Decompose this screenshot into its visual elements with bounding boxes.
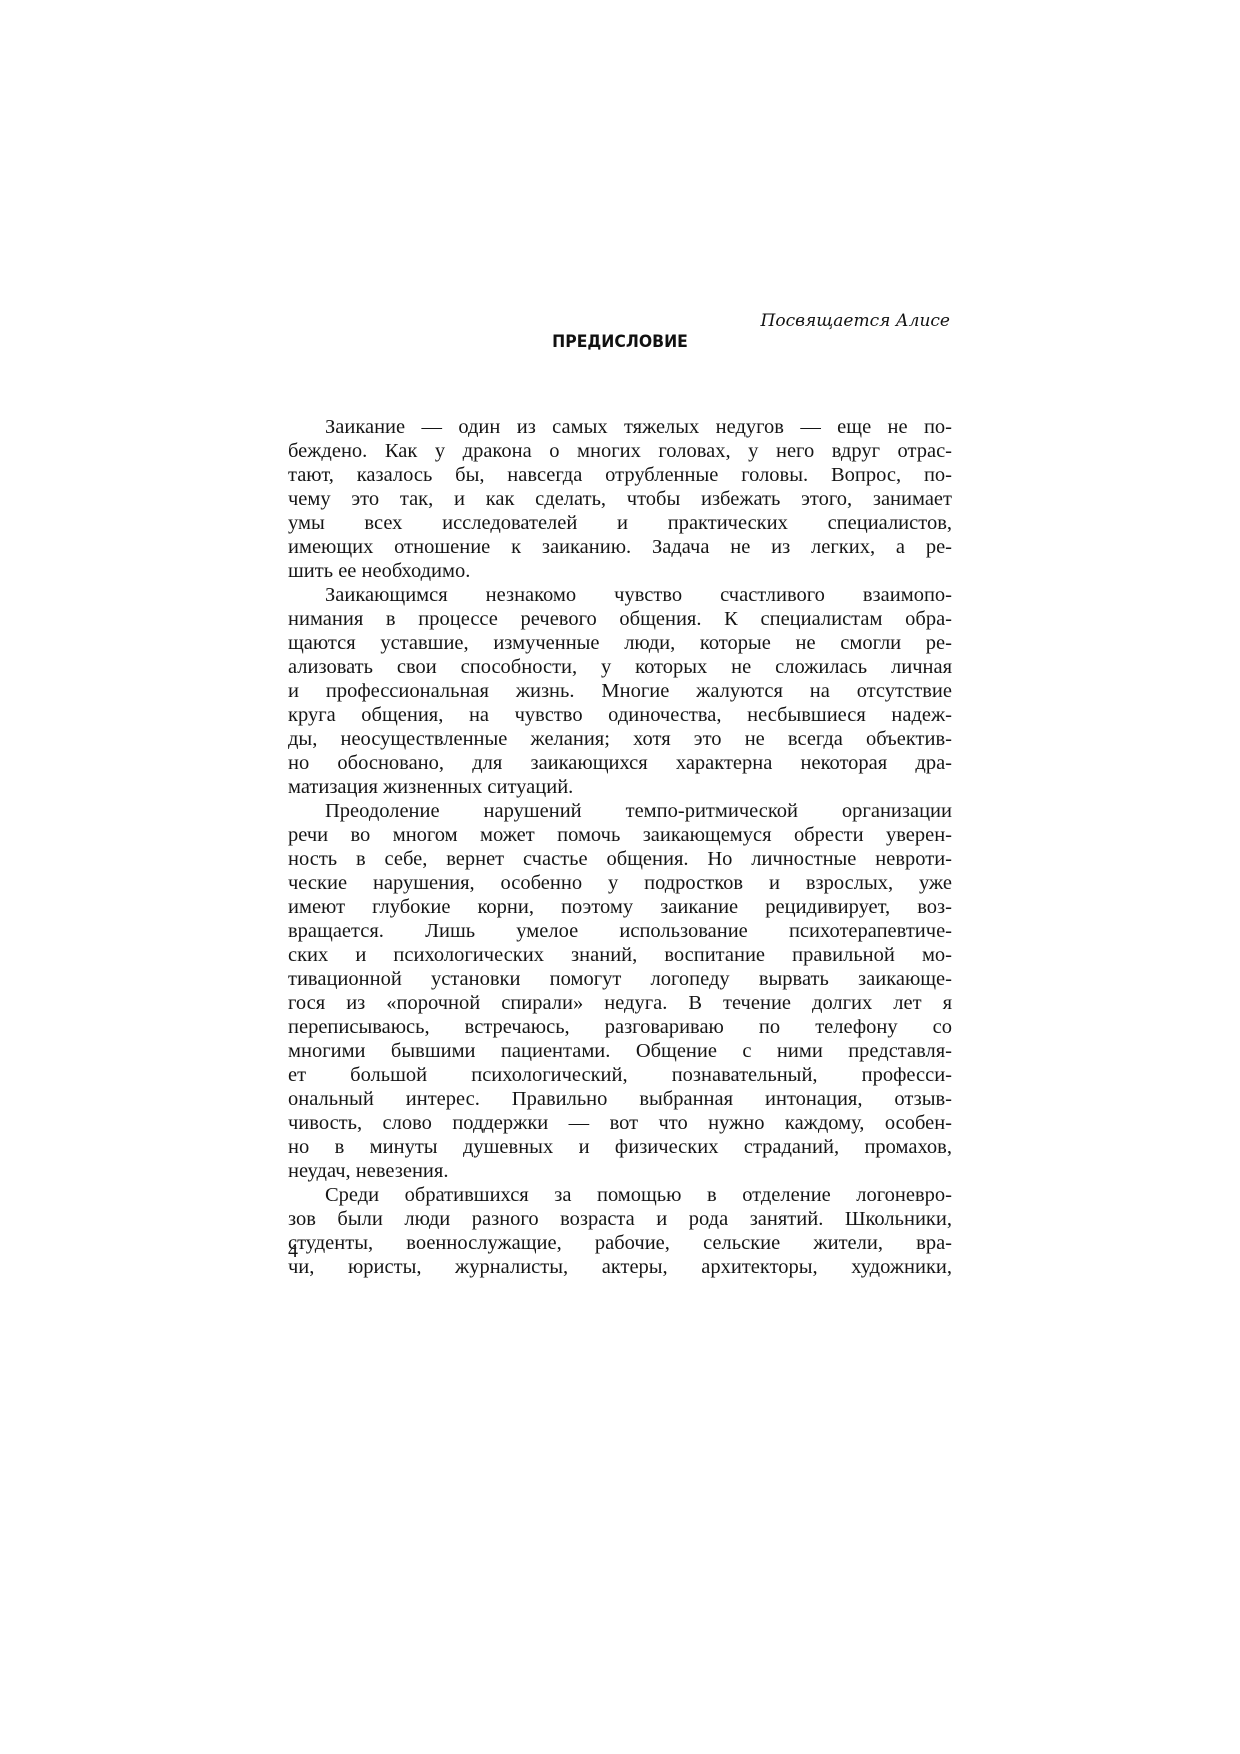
text-line: имеют глубокие корни, поэтому заикание р…: [288, 895, 952, 919]
text-line: но в минуты душевных и физических страда…: [288, 1135, 952, 1159]
dedication: Посвящается Алисе: [761, 311, 950, 331]
chapter-heading: ПРЕДИСЛОВИЕ: [50, 332, 1191, 352]
text-line: студенты, военнослужащие, рабочие, сельс…: [288, 1231, 952, 1255]
text-line: нимания в процессе речевого общения. К с…: [288, 607, 952, 631]
text-line: и профессиональная жизнь. Многие жалуютс…: [288, 679, 952, 703]
text-line: ских и психологических знаний, воспитани…: [288, 943, 952, 967]
body-text: Заикание — один из самых тяжелых недугов…: [288, 415, 952, 1279]
text-line: чи, юристы, журналисты, актеры, архитект…: [288, 1255, 952, 1279]
text-line: чему это так, и как сделать, чтобы избеж…: [288, 487, 952, 511]
text-line: ность в себе, вернет счастье общения. Но…: [288, 847, 952, 871]
text-line: но обосновано, для заикающихся характерн…: [288, 751, 952, 775]
text-line: речи во многом может помочь заикающемуся…: [288, 823, 952, 847]
text-line: Заикание — один из самых тяжелых недугов…: [288, 415, 952, 439]
text-line: переписываюсь, встречаюсь, разговариваю …: [288, 1015, 952, 1039]
text-line: ональный интерес. Правильно выбранная ин…: [288, 1087, 952, 1111]
text-line: умы всех исследователей и практических с…: [288, 511, 952, 535]
text-line: ды, неосуществленные желания; хотя это н…: [288, 727, 952, 751]
text-line: щаются уставшие, измученные люди, которы…: [288, 631, 952, 655]
text-line: беждено. Как у дракона о многих головах,…: [288, 439, 952, 463]
text-line: ализовать свои способности, у которых не…: [288, 655, 952, 679]
text-line: имеющих отношение к заиканию. Задача не …: [288, 535, 952, 559]
text-line: многими бывшими пациентами. Общение с ни…: [288, 1039, 952, 1063]
text-line: круга общения, на чувство одиночества, н…: [288, 703, 952, 727]
text-line: шить ее необходимо.: [288, 559, 952, 583]
text-line: Среди обратившихся за помощью в отделени…: [288, 1183, 952, 1207]
text-line: Заикающимся незнакомо чувство счастливог…: [288, 583, 952, 607]
text-line: неудач, невезения.: [288, 1159, 952, 1183]
text-line: зов были люди разного возраста и рода за…: [288, 1207, 952, 1231]
text-line: чивость, слово поддержки — вот что нужно…: [288, 1111, 952, 1135]
text-line: матизация жизненных ситуаций.: [288, 775, 952, 799]
text-line: тивационной установки помогут логопеду в…: [288, 967, 952, 991]
text-line: ет большой психологический, познавательн…: [288, 1063, 952, 1087]
text-line: Преодоление нарушений темпо-ритмической …: [288, 799, 952, 823]
text-line: тают, казалось бы, навсегда отрубленные …: [288, 463, 952, 487]
text-line: гося из «порочной спирали» недуга. В теч…: [288, 991, 952, 1015]
text-line: ческие нарушения, особенно у подростков …: [288, 871, 952, 895]
document-page: Посвящается Алисе ПРЕДИСЛОВИЕ Заикание —…: [0, 0, 1240, 1754]
page-number: 4: [288, 1240, 298, 1263]
text-line: вращается. Лишь умелое использование пси…: [288, 919, 952, 943]
